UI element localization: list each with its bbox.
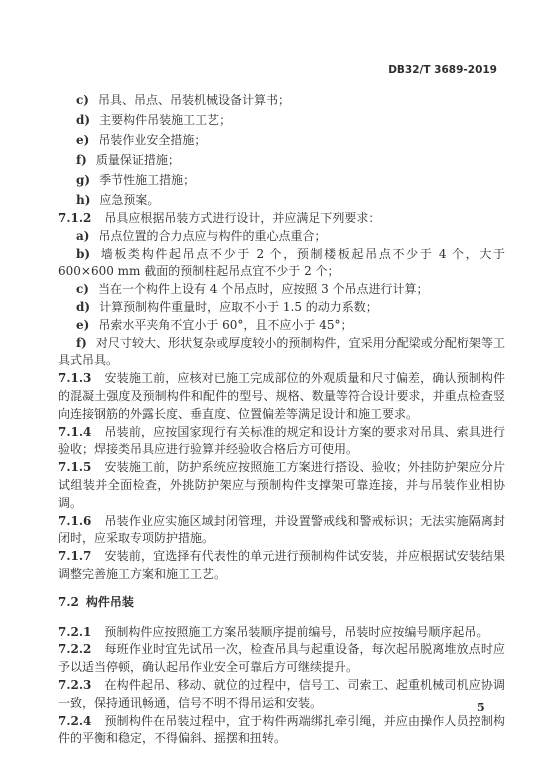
clause-number: 7.1.6 [58, 513, 91, 531]
clause-number: 7.2.1 [58, 624, 91, 642]
clause-7-2-4: 7.2.4预制构件在吊装过程中，宜于构件两端绑扎牵引绳，并应由操作人员控制构件的… [58, 713, 505, 749]
list-item-label: e) [76, 133, 89, 147]
document-page: DB32/T 3689-2019 c)吊具、吊点、吊装机械设备计算书； d)主要… [0, 0, 539, 764]
list-item: d)计算预制构件重量时，应取不小于 1.5 的动力系数； [58, 299, 505, 317]
clause-text: 吊装作业应实施区域封闭管理，并设置警戒线和警戒标识；无法实施隔离封闭时，应采取专… [58, 514, 505, 546]
clause-number: 7.1.2 [58, 210, 91, 228]
list-item: f)质量保证措施； [58, 150, 505, 170]
list-item-label: d) [76, 113, 90, 127]
list-item-text: 计算预制构件重量时，应取不小于 1.5 的动力系数； [99, 300, 378, 314]
list-item-label: g) [76, 173, 90, 187]
list-item-text: 吊索水平夹角不宜小于 60°，且不应小于 45°； [98, 318, 352, 332]
list-item-label: c) [76, 93, 89, 107]
clause-7-2-2: 7.2.2每班作业时宜先试吊一次，检查吊具与起重设备，每次起吊脱离堆放点时应予以… [58, 641, 505, 677]
list-item-label: b) [76, 247, 90, 261]
clause-text: 安装前，宜选择有代表性的单元进行预制构件试安装，并应根据试安装结果调整完善施工方… [58, 549, 505, 581]
list-item-text: 对尺寸较大、形状复杂或厚度较小的预制构件，宜采用分配梁或分配桁架等工具式吊具。 [58, 336, 505, 368]
list-item: g)季节性施工措施； [58, 170, 505, 190]
clause-7-2-1: 7.2.1预制构件应按照施工方案吊装顺序提前编号，吊装时应按编号顺序起吊。 [58, 624, 505, 642]
clause-text: 吊具应根据吊装方式进行设计，并应满足下列要求： [104, 211, 380, 225]
list-item: h)应急预案。 [58, 190, 505, 210]
list-item: f)对尺寸较大、形状复杂或厚度较小的预制构件，宜采用分配梁或分配桁架等工具式吊具… [58, 335, 505, 371]
clause-number: 7.2.4 [58, 713, 91, 731]
clause-number: 7.2.3 [58, 677, 91, 695]
page-number: 5 [477, 701, 485, 714]
list-item-label: h) [76, 193, 90, 207]
list-item-label: e) [76, 318, 89, 332]
clause-7-1-6: 7.1.6吊装作业应实施区域封闭管理，并设置警戒线和警戒标识；无法实施隔离封闭时… [58, 513, 505, 549]
clause-text: 在构件起吊、移动、就位的过程中，信号工、司索工、起重机械司机应协调一致，保持通讯… [58, 678, 505, 710]
list-item-text: 墙板类构件起吊点不少于 2 个，预制楼板起吊点不少于 4 个，大于 600×60… [58, 247, 505, 279]
list-item-text: 质量保证措施； [96, 153, 180, 167]
clause-7-1-7: 7.1.7安装前，宜选择有代表性的单元进行预制构件试安装，并应根据试安装结果调整… [58, 548, 505, 584]
list-item: b)墙板类构件起吊点不少于 2 个，预制楼板起吊点不少于 4 个，大于 600×… [58, 246, 505, 282]
list-item-label: d) [76, 300, 90, 314]
clause-7-1-3: 7.1.3安装施工前，应核对已施工完成部位的外观质量和尺寸偏差，确认预制构件的混… [58, 370, 505, 423]
clause-text: 吊装前，应按国家现行有关标准的规定和设计方案的要求对吊具、索具进行验收；焊接类吊… [58, 425, 505, 457]
list-item: e)吊索水平夹角不宜小于 60°，且不应小于 45°； [58, 317, 505, 335]
list-item: a)吊点位置的合力点应与构件的重心点重合； [58, 228, 505, 246]
clause-text: 预制构件在吊装过程中，宜于构件两端绑扎牵引绳，并应由操作人员控制构件的平衡和稳定… [58, 714, 505, 746]
list-item: c)吊具、吊点、吊装机械设备计算书； [58, 90, 505, 110]
document-body: c)吊具、吊点、吊装机械设备计算书； d)主要构件吊装施工工艺； e)吊装作业安… [58, 90, 505, 748]
standard-code: DB32/T 3689-2019 [388, 64, 497, 76]
list-item: d)主要构件吊装施工工艺； [58, 110, 505, 130]
clause-number: 7.1.4 [58, 424, 91, 442]
list-item-text: 吊具、吊点、吊装机械设备计算书； [98, 93, 290, 107]
clause-text: 安装施工前，应核对已施工完成部位的外观质量和尺寸偏差，确认预制构件的混凝土强度及… [58, 371, 505, 421]
list-item-text: 吊装作业安全措施； [98, 133, 206, 147]
list-item-label: f) [76, 336, 87, 350]
list-item: e)吊装作业安全措施； [58, 130, 505, 150]
list-item-label: a) [76, 229, 89, 243]
clause-number: 7.1.3 [58, 370, 91, 388]
clause-7-1-2: 7.1.2吊具应根据吊装方式进行设计，并应满足下列要求： [58, 210, 505, 228]
clause-number: 7.1.5 [58, 459, 91, 477]
section-number: 7.2 [58, 595, 79, 609]
clause-7-2-3: 7.2.3在构件起吊、移动、就位的过程中，信号工、司索工、起重机械司机应协调一致… [58, 677, 505, 713]
clause-7-1-4: 7.1.4吊装前，应按国家现行有关标准的规定和设计方案的要求对吊具、索具进行验收… [58, 424, 505, 460]
section-title: 构件吊装 [86, 595, 134, 609]
clause-number: 7.1.7 [58, 548, 91, 566]
clause-number: 7.2.2 [58, 641, 91, 659]
section-heading-7-2: 7.2构件吊装 [58, 594, 505, 612]
clause-text: 安装施工前，防护系统应按照施工方案进行搭设、验收；外挂防护架应分片试组装并全面检… [58, 460, 505, 510]
list-item-label: f) [76, 153, 87, 167]
clause-7-1-5: 7.1.5安装施工前，防护系统应按照施工方案进行搭设、验收；外挂防护架应分片试组… [58, 459, 505, 512]
list-item-text: 主要构件吊装施工工艺； [99, 113, 231, 127]
list-item-text: 季节性施工措施； [99, 173, 195, 187]
clause-text: 预制构件应按照施工方案吊装顺序提前编号，吊装时应按编号顺序起吊。 [104, 625, 488, 639]
list-item-label: c) [76, 282, 89, 296]
list-item-text: 应急预案。 [99, 193, 159, 207]
clause-text: 每班作业时宜先试吊一次，检查吊具与起重设备，每次起吊脱离堆放点时应予以适当停顿，… [58, 642, 505, 674]
list-item-text: 当在一个构件上设有 4 个吊点时，应按照 3 个吊点进行计算； [98, 282, 429, 296]
list-item: c)当在一个构件上设有 4 个吊点时，应按照 3 个吊点进行计算； [58, 281, 505, 299]
list-item-text: 吊点位置的合力点应与构件的重心点重合； [98, 229, 326, 243]
